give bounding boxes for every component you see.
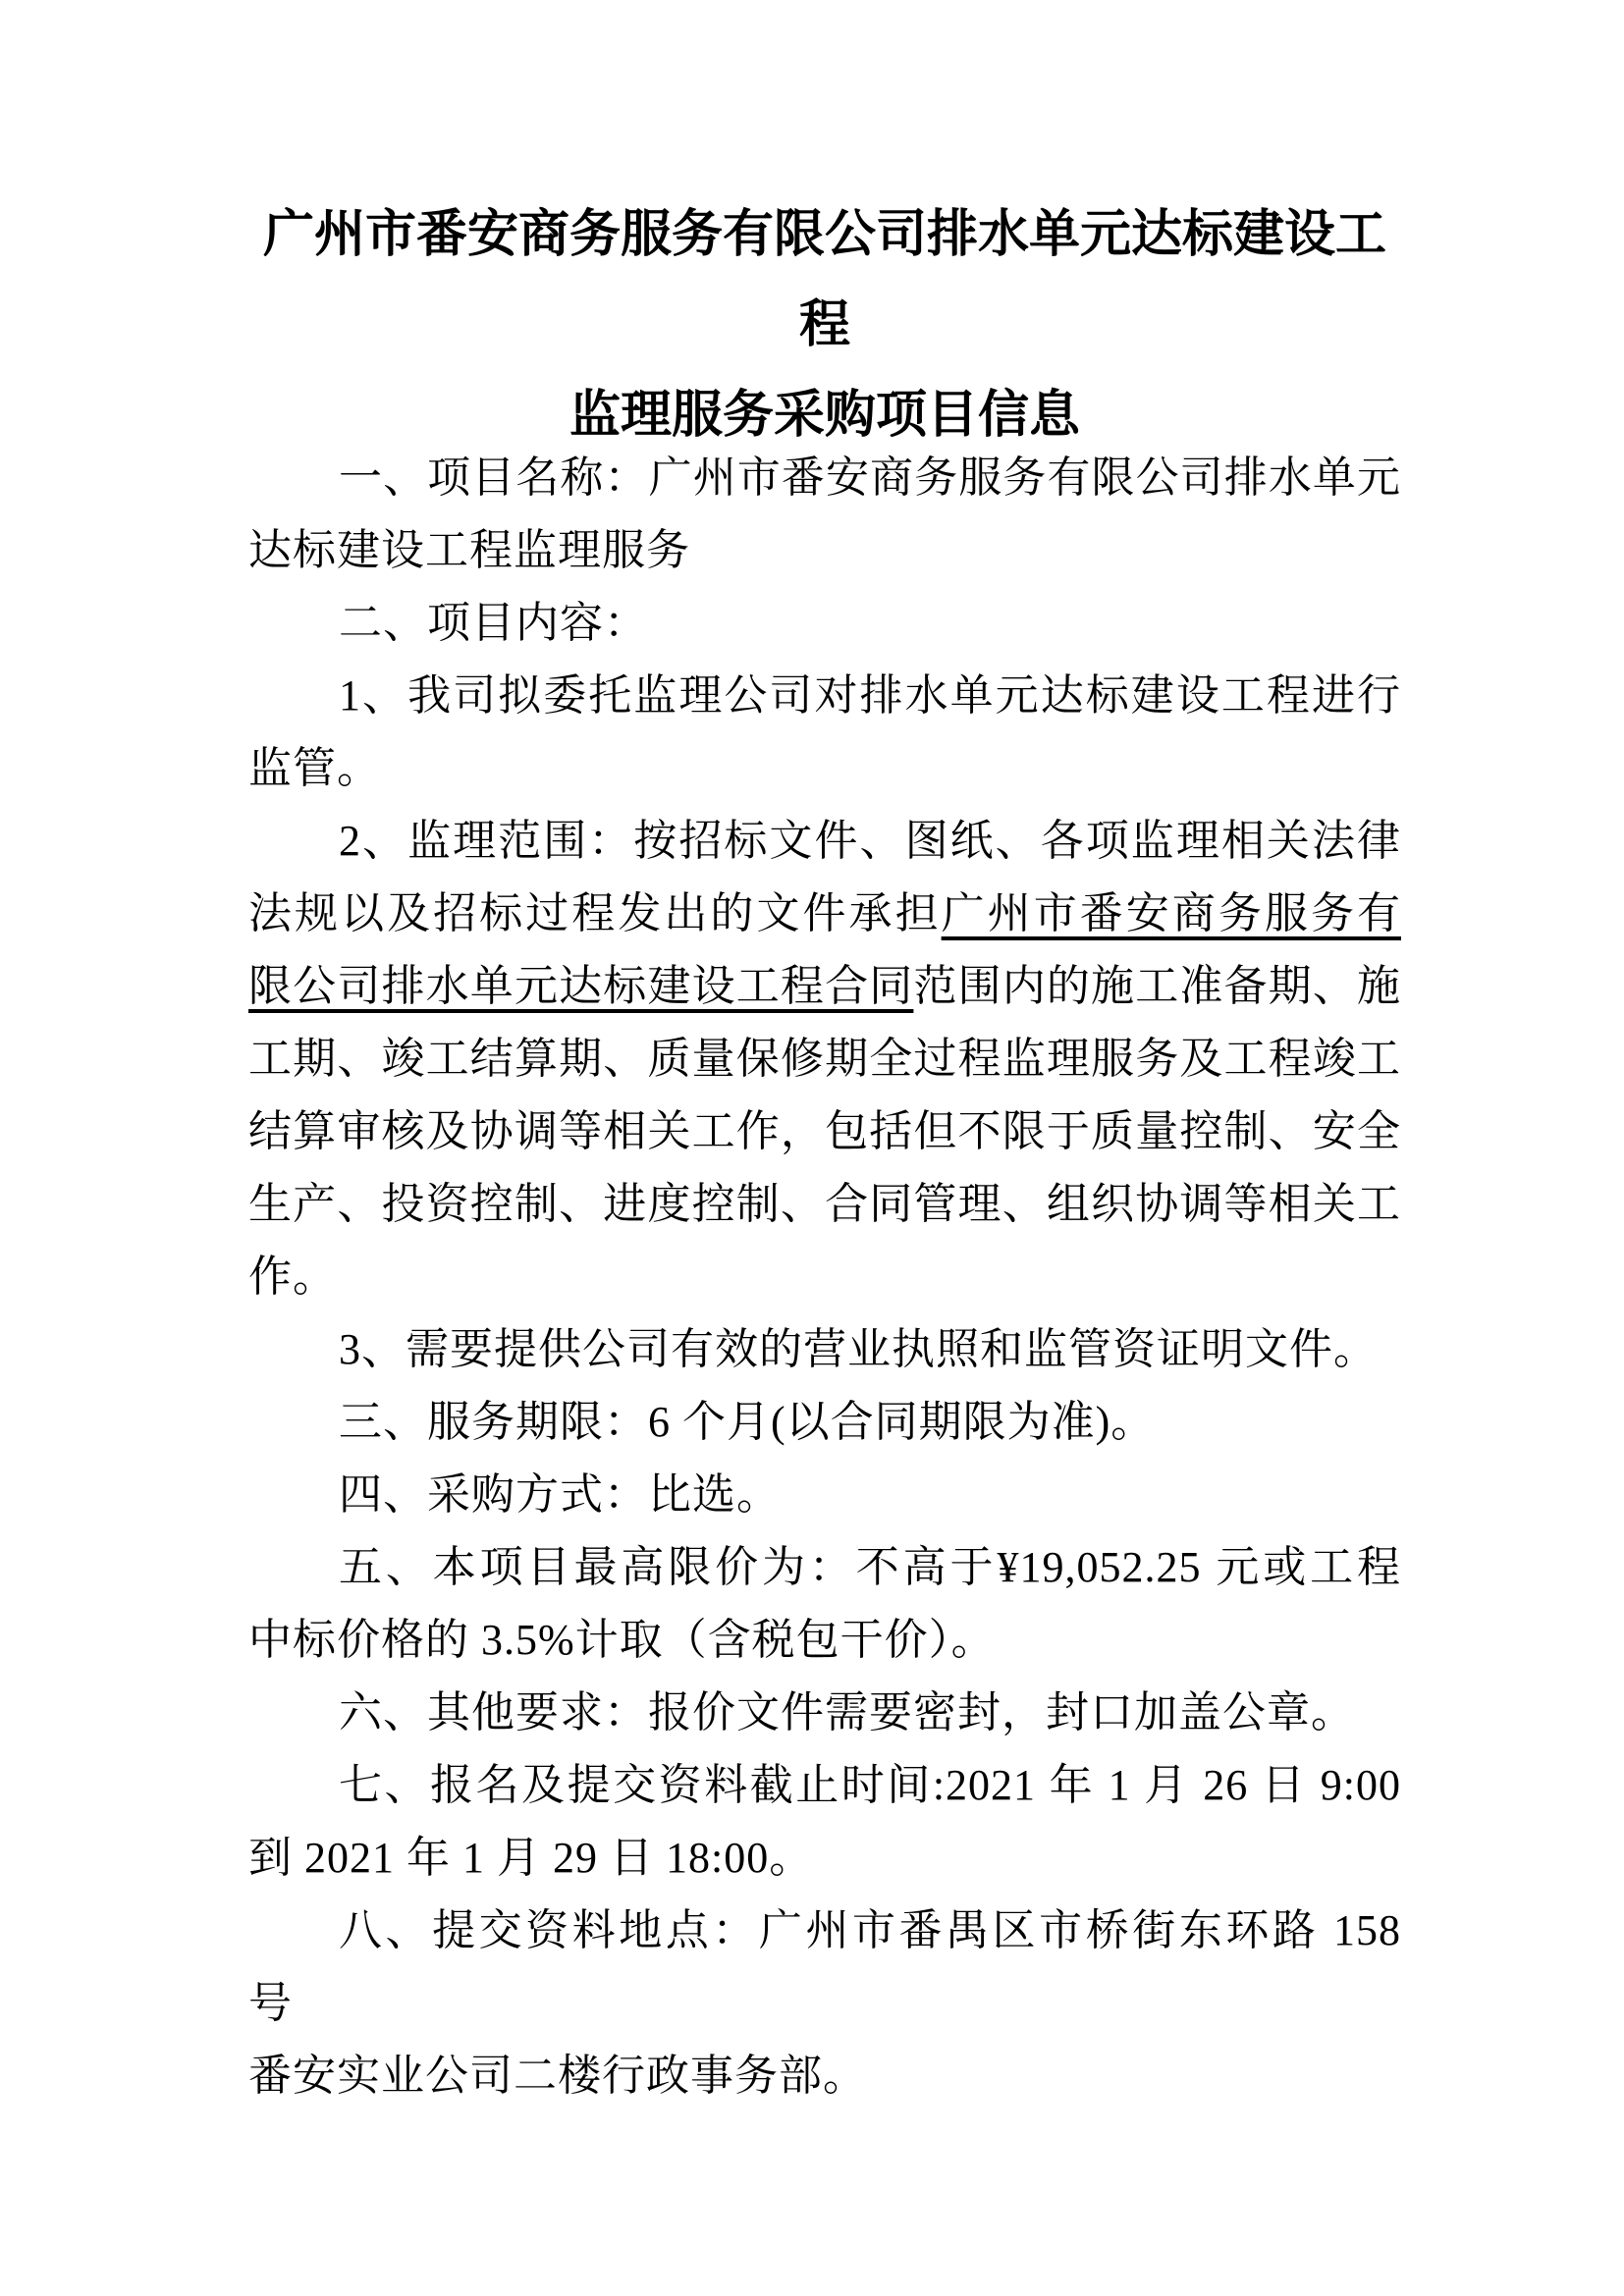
document-page: 广州市番安商务服务有限公司排水单元达标建设工程 监理服务采购项目信息 一、项目名…: [0, 0, 1624, 2296]
text-line: 法规以及招标过程发出的文件承担广州市番安商务服务有: [248, 878, 1401, 950]
text-line: 二、项目内容：: [248, 587, 1401, 660]
section-content-item-1: 1、我司拟委托监理公司对排水单元达标建设工程进行 监管。: [248, 660, 1401, 805]
section-service-period: 三、服务期限：6 个月(以合同期限为准)。: [248, 1386, 1401, 1459]
text-line: 番安实业公司二楼行政事务部。: [248, 2040, 1401, 2112]
text-line: 五、本项目最高限价为：不高于¥19,052.25 元或工程: [248, 1531, 1401, 1604]
text-segment: 法规以及招标过程发出的文件承担: [248, 889, 942, 937]
text-line: 三、服务期限：6 个月(以合同期限为准)。: [248, 1386, 1401, 1459]
title-line-1: 广州市番安商务服务有限公司排水单元达标建设工程: [248, 189, 1401, 370]
text-line: 中标价格的 3.5%计取（含税包干价）。: [248, 1604, 1401, 1677]
section-project-content-heading: 二、项目内容：: [248, 587, 1401, 660]
text-line: 达标建设工程监理服务: [248, 514, 1401, 587]
text-line: 1、我司拟委托监理公司对排水单元达标建设工程进行: [248, 660, 1401, 732]
text-line: 八、提交资料地点：广州市番禺区市桥街东环路 158 号: [248, 1895, 1401, 2040]
section-content-item-3: 3、需要提供公司有效的营业执照和监管资证明文件。: [248, 1313, 1401, 1386]
underlined-contract-name-part-1: 广州市番安商务服务有: [942, 889, 1401, 937]
document-body: 一、项目名称：广州市番安商务服务有限公司排水单元 达标建设工程监理服务 二、项目…: [248, 442, 1401, 2112]
section-project-name: 一、项目名称：广州市番安商务服务有限公司排水单元 达标建设工程监理服务: [248, 442, 1401, 587]
text-line: 限公司排水单元达标建设工程合同范围内的施工准备期、施: [248, 950, 1401, 1023]
text-line: 生产、投资控制、进度控制、合同管理、组织协调等相关工: [248, 1168, 1401, 1241]
section-submission-location: 八、提交资料地点：广州市番禺区市桥街东环路 158 号 番安实业公司二楼行政事务…: [248, 1895, 1401, 2112]
section-other-requirements: 六、其他要求：报价文件需要密封，封口加盖公章。: [248, 1677, 1401, 1749]
text-line: 四、采购方式：比选。: [248, 1459, 1401, 1531]
text-segment: 范围内的施工准备期、施: [913, 962, 1401, 1010]
section-content-item-2: 2、监理范围：按招标文件、图纸、各项监理相关法律 法规以及招标过程发出的文件承担…: [248, 805, 1401, 1313]
section-procurement-method: 四、采购方式：比选。: [248, 1459, 1401, 1531]
text-line: 2、监理范围：按招标文件、图纸、各项监理相关法律: [248, 805, 1401, 878]
text-line: 一、项目名称：广州市番安商务服务有限公司排水单元: [248, 442, 1401, 514]
text-line: 结算审核及协调等相关工作，包括但不限于质量控制、安全: [248, 1095, 1401, 1168]
section-deadline: 七、报名及提交资料截止时间:2021 年 1 月 26 日 9:00 到 202…: [248, 1749, 1401, 1895]
text-line: 监管。: [248, 732, 1401, 805]
text-line: 七、报名及提交资料截止时间:2021 年 1 月 26 日 9:00: [248, 1749, 1401, 1822]
section-price-cap: 五、本项目最高限价为：不高于¥19,052.25 元或工程 中标价格的 3.5%…: [248, 1531, 1401, 1677]
underlined-contract-name-part-2: 限公司排水单元达标建设工程合同: [248, 962, 913, 1010]
text-line: 工期、竣工结算期、质量保修期全过程监理服务及工程竣工: [248, 1023, 1401, 1095]
text-line: 到 2021 年 1 月 29 日 18:00。: [248, 1822, 1401, 1895]
text-line: 作。: [248, 1241, 1401, 1313]
text-line: 3、需要提供公司有效的营业执照和监管资证明文件。: [248, 1313, 1401, 1386]
document-title: 广州市番安商务服务有限公司排水单元达标建设工程 监理服务采购项目信息: [248, 189, 1401, 460]
text-line: 六、其他要求：报价文件需要密封，封口加盖公章。: [248, 1677, 1401, 1749]
